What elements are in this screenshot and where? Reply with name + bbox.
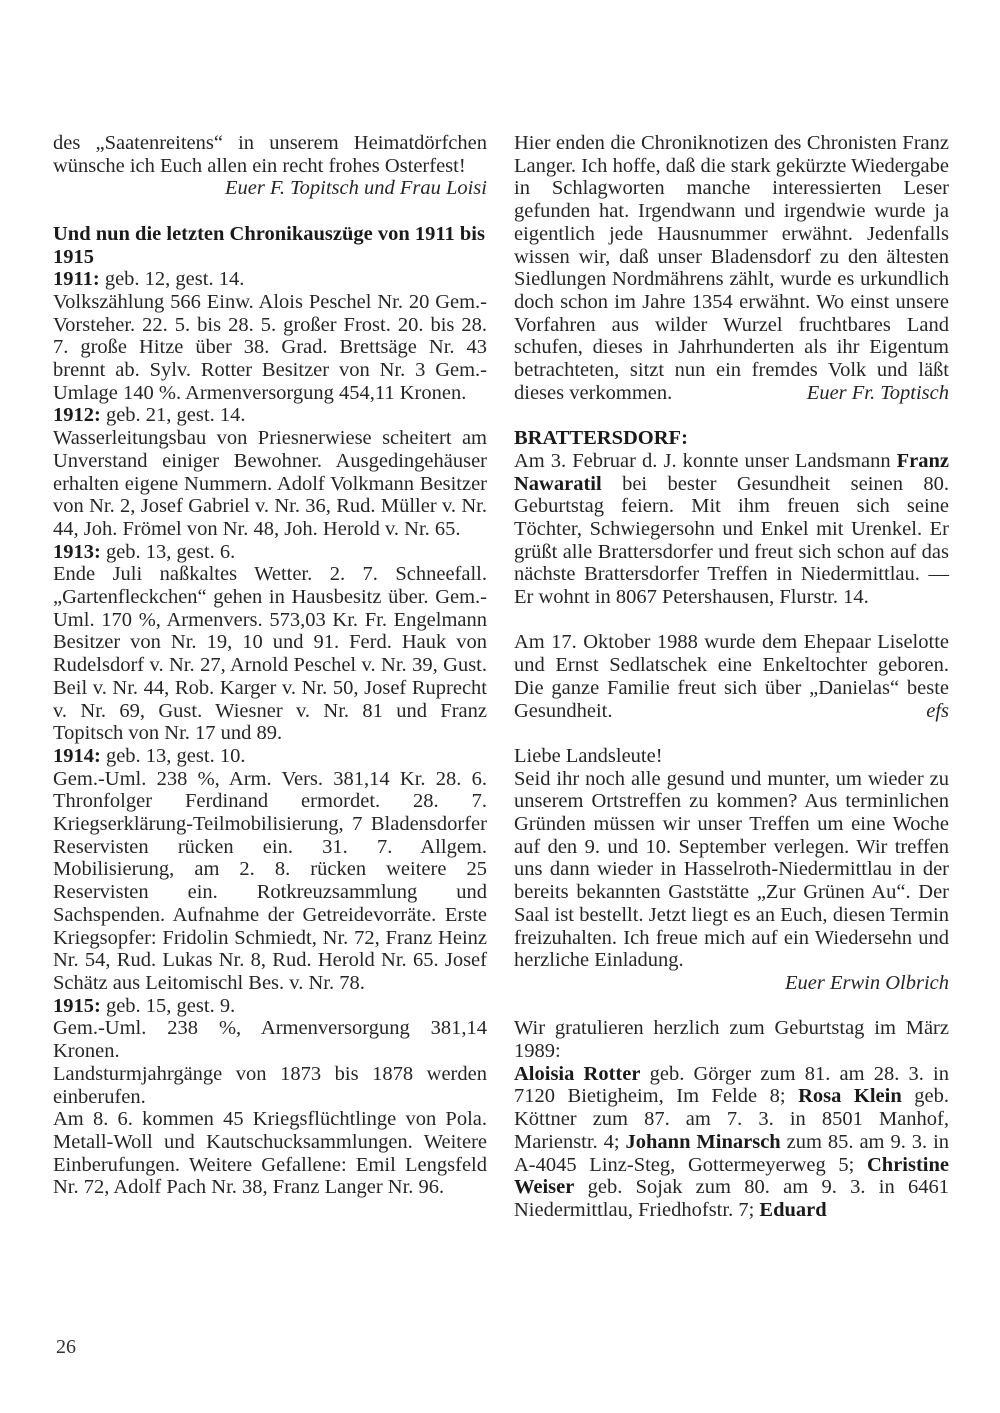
year-label: 1913: [53,541,101,563]
year-label: 1915: [53,995,101,1017]
year-label: 1912: [53,404,101,426]
year-1911-stats: 1911: geb. 12, gest. 14. [53,268,487,291]
left-column: des „Saatenreitens“ in unserem Heimatdör… [53,132,487,1199]
spacer [53,200,487,223]
invitation-signature: Euer Erwin Olbrich [514,972,949,995]
chronicle-closing: Hier enden die Chroniknotizen des Chroni… [514,132,949,404]
year-stats: geb. 21, gest. 14. [106,404,246,426]
chronicle-heading: Und nun die letzten Chronikauszüge von 1… [53,223,487,268]
birth-notice-text: Am 17. Oktober 1988 wurde dem Ehepaar Li… [514,631,949,721]
year-1914-stats: 1914: geb. 13, gest. 10. [53,745,487,768]
person-name: Eduard [759,1199,826,1221]
birth-notice-signature: efs [926,700,949,723]
congratulations-intro: Wir gratulieren herzlich zum Geburtstag … [514,1017,949,1062]
birth-notice: Am 17. Oktober 1988 wurde dem Ehepaar Li… [514,631,949,722]
year-stats: geb. 13, gest. 10. [106,745,246,767]
congratulations-list: Aloisia Rotter geb. Görger zum 81. am 28… [514,1063,949,1222]
person-name: Aloisia Rotter [514,1063,640,1085]
year-1912-body: Wasserleitungsbau von Priesnerwiese sche… [53,427,487,541]
year-1915-extra-2: Am 8. 6. kommen 45 Kriegsflüchtlinge von… [53,1108,487,1199]
year-1914-body: Gem.-Uml. 238 %, Arm. Vers. 381,14 Kr. 2… [53,768,487,995]
spacer [514,404,949,427]
person-details: geb. Sojak zum 80. am 9. 3. in 6461 Nied… [514,1176,949,1221]
page-number: 26 [56,1336,76,1359]
year-1911-body: Volkszählung 566 Einw. Alois Peschel Nr.… [53,291,487,405]
person-name: Rosa Klein [798,1085,902,1107]
birthday-notice-intro: Am 3. Februar d. J. konnte unser Landsma… [514,450,891,472]
spacer [514,722,949,745]
year-stats: geb. 13, gest. 6. [106,541,235,563]
spacer [514,609,949,632]
year-1912-stats: 1912: geb. 21, gest. 14. [53,404,487,427]
chronicle-closing-text: Hier enden die Chroniknotizen des Chroni… [514,132,949,404]
year-1913-stats: 1913: geb. 13, gest. 6. [53,541,487,564]
easter-greeting-signature: Euer F. Topitsch und Frau Loisi [225,177,487,200]
section-heading-brattersdorf: BRATTERSDORF: [514,427,949,450]
spacer [514,995,949,1018]
year-1915-extra-1: Landsturmjahrgänge von 1873 bis 1878 wer… [53,1063,487,1108]
easter-greeting-text: des „Saatenreitens“ in unserem Heimatdör… [53,132,487,177]
year-stats: geb. 12, gest. 14. [105,268,245,290]
invitation-greeting: Liebe Landsleute! [514,745,949,768]
easter-greeting: des „Saatenreitens“ in unserem Heimatdör… [53,132,487,200]
year-1915-stats: 1915: geb. 15, gest. 9. [53,995,487,1018]
year-label: 1914: [53,745,101,767]
birthday-notice: Am 3. Februar d. J. konnte unser Landsma… [514,450,949,609]
year-stats: geb. 15, gest. 9. [106,995,235,1017]
person-name: Johann Minarsch [626,1131,781,1153]
year-1913-body: Ende Juli naßkaltes Wetter. 2. 7. Schnee… [53,563,487,745]
right-column: Hier enden die Chroniknotizen des Chroni… [514,132,949,1222]
invitation-text: Seid ihr noch alle gesund und munter, um… [514,768,949,972]
year-label: 1911: [53,268,100,290]
chronicle-closing-signature: Euer Fr. Toptisch [807,382,949,405]
year-1915-body: Gem.-Uml. 238 %, Armenversorgung 381,14 … [53,1017,487,1062]
